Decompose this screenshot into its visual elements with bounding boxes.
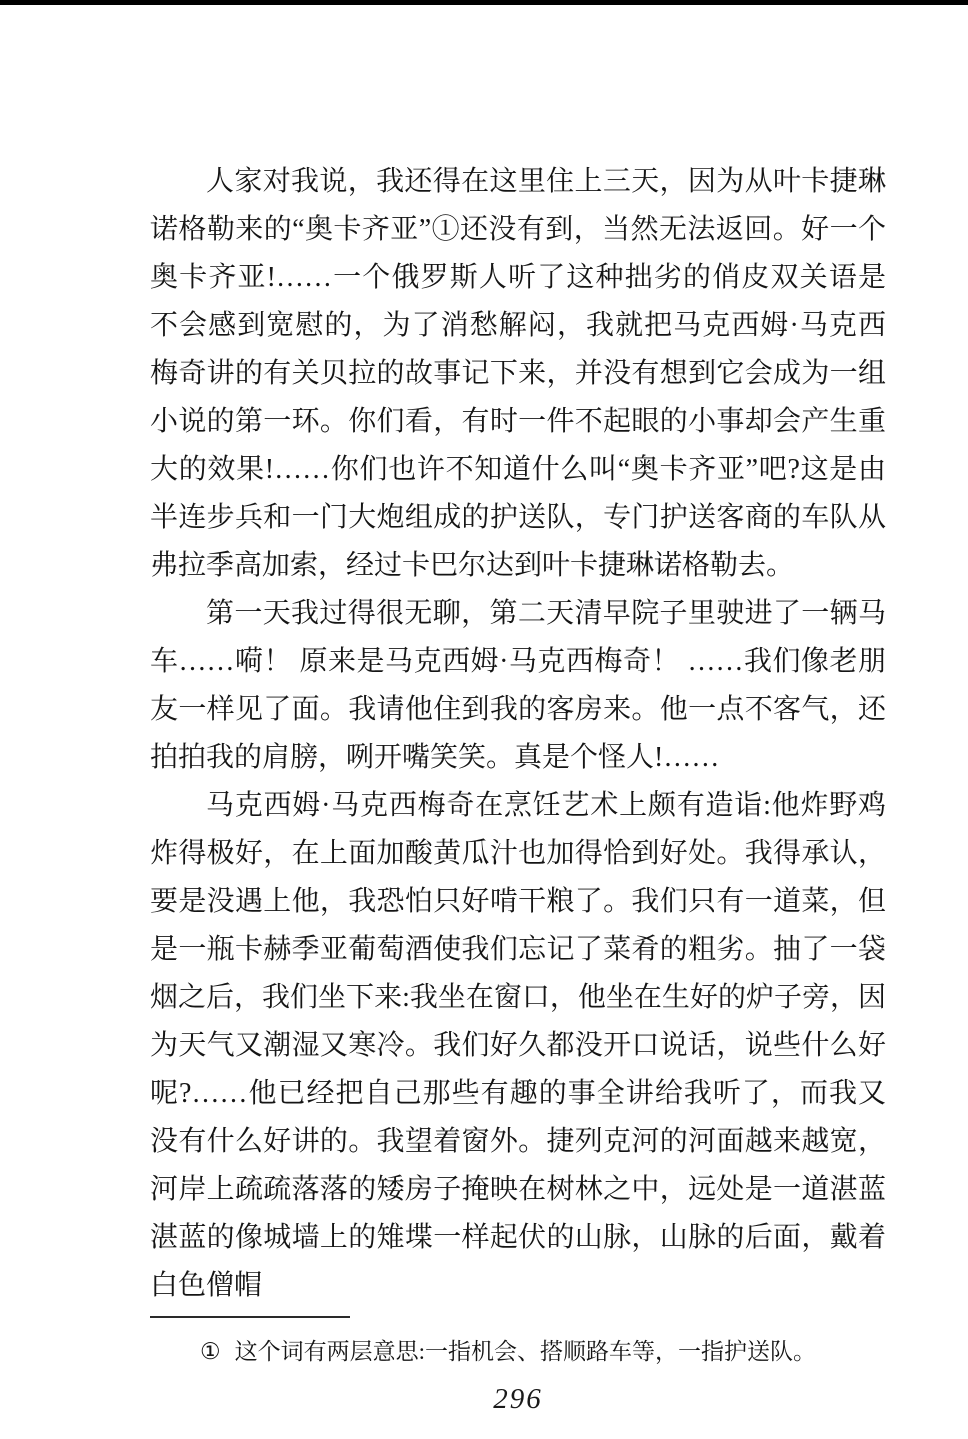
paragraph-cooking: 马克西姆·马克西梅奇在烹饪艺术上颇有造诣:他炸野鸡炸得极好，在上面加酸黄瓜汁也加…: [150, 782, 886, 1310]
scan-border-top: [0, 0, 968, 5]
footnote-text: 这个词有两层意思:一指机会、搭顺路车等，一指护送队。: [235, 1339, 816, 1364]
paragraph-okazia: 人家对我说，我还得在这里住上三天，因为从叶卡捷琳诺格勒来的“奥卡齐亚”①还没有到…: [150, 158, 886, 590]
text-block: 人家对我说，我还得在这里住上三天，因为从叶卡捷琳诺格勒来的“奥卡齐亚”①还没有到…: [150, 158, 886, 1416]
page-number: 296: [150, 1383, 886, 1416]
footnote: ①这个词有两层意思:一指机会、搭顺路车等，一指护送队。: [150, 1336, 886, 1367]
book-page: 人家对我说，我还得在这里住上三天，因为从叶卡捷琳诺格勒来的“奥卡齐亚”①还没有到…: [0, 0, 968, 1439]
footnote-divider: [150, 1316, 350, 1318]
footnote-marker: ①: [200, 1339, 221, 1364]
paragraph-arrival: 第一天我过得很无聊，第二天清早院子里驶进了一辆马车……嗬！ 原来是马克西姆·马克…: [150, 590, 886, 782]
